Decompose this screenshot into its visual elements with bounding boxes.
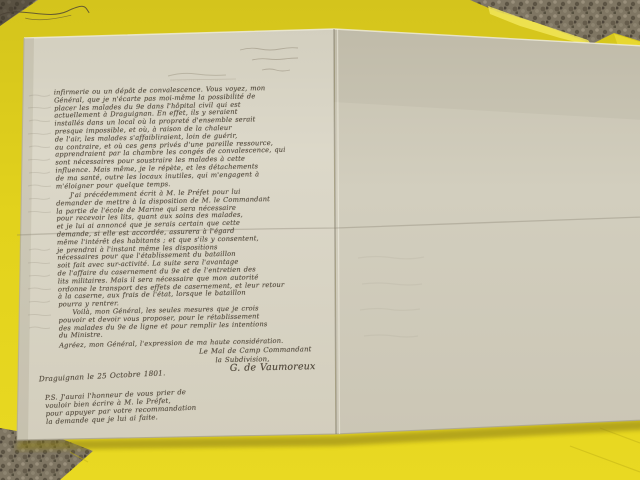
photo-background — [0, 0, 640, 480]
letter-sheet — [17, 29, 640, 440]
left-page — [17, 29, 336, 440]
photo-scene: infirmerie ou un dépôt de convalescence.… — [0, 0, 640, 480]
